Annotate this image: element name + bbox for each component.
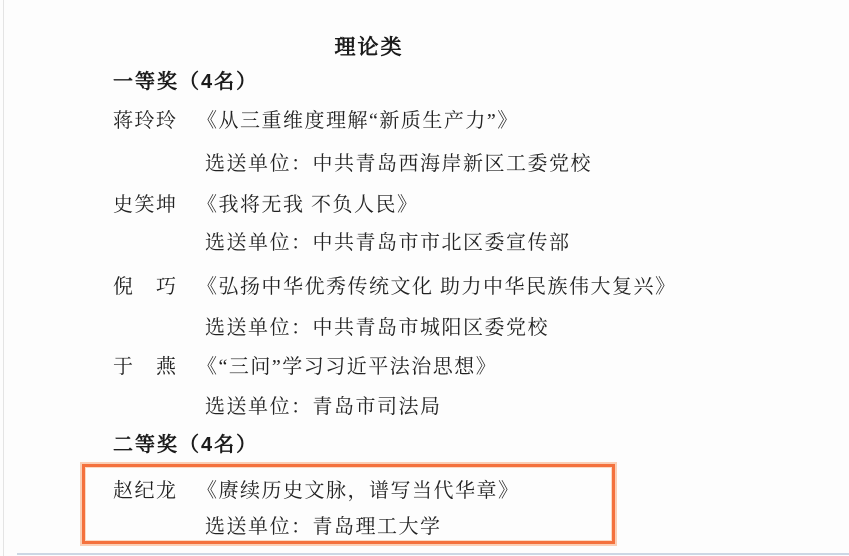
entry-name: 倪 巧 xyxy=(113,275,197,299)
entry-name: 蒋玲玲 xyxy=(113,109,197,133)
org-label: 选送单位： xyxy=(205,232,313,254)
org-value: 中共青岛市市北区委宣传部 xyxy=(313,232,571,254)
org-label: 选送单位： xyxy=(205,396,313,418)
entry-name: 于 燕 xyxy=(113,355,197,379)
page-bottom-border xyxy=(17,553,849,555)
section-heading-first-prize: 一等奖（4名） xyxy=(113,70,258,94)
org-value: 中共青岛市城阳区委党校 xyxy=(313,317,550,339)
entry-org-row: 选送单位：青岛理工大学 xyxy=(205,515,442,539)
entry-row: 于 燕《“三问”学习习近平法治思想》 xyxy=(113,355,497,379)
document-page: 理论类 一等奖（4名） 蒋玲玲《从三重维度理解“新质生产力”》 选送单位：中共青… xyxy=(0,0,849,556)
entry-org-row: 选送单位：青岛市司法局 xyxy=(205,395,442,419)
page-left-border xyxy=(3,0,4,556)
org-label: 选送单位： xyxy=(205,516,313,538)
org-label: 选送单位： xyxy=(205,153,313,175)
org-value: 青岛理工大学 xyxy=(313,516,442,538)
entry-row: 倪 巧《弘扬中华优秀传统文化 助力中华民族伟大复兴》 xyxy=(113,275,677,299)
entry-work-title: 《弘扬中华优秀传统文化 助力中华民族伟大复兴》 xyxy=(197,276,677,298)
category-title: 理论类 xyxy=(113,31,625,61)
org-value: 青岛市司法局 xyxy=(313,396,442,418)
entry-name: 赵纪龙 xyxy=(113,479,197,503)
entry-work-title: 《从三重维度理解“新质生产力”》 xyxy=(197,110,519,132)
entry-row: 蒋玲玲《从三重维度理解“新质生产力”》 xyxy=(113,109,519,133)
org-label: 选送单位： xyxy=(205,317,313,339)
entry-work-title: 《我将无我 不负人民》 xyxy=(197,194,419,216)
entry-name: 史笑坤 xyxy=(113,193,197,217)
entry-org-row: 选送单位：中共青岛西海岸新区工委党校 xyxy=(205,152,592,176)
entry-work-title: 《赓续历史文脉，谱写当代华章》 xyxy=(197,480,520,502)
entry-org-row: 选送单位：中共青岛市城阳区委党校 xyxy=(205,316,549,340)
section-heading-second-prize: 二等奖（4名） xyxy=(113,433,258,457)
entry-row: 史笑坤《我将无我 不负人民》 xyxy=(113,193,419,217)
entry-org-row: 选送单位：中共青岛市市北区委宣传部 xyxy=(205,231,571,255)
org-value: 中共青岛西海岸新区工委党校 xyxy=(313,153,593,175)
entry-row-highlighted: 赵纪龙《赓续历史文脉，谱写当代华章》 xyxy=(113,479,520,503)
entry-work-title: 《“三问”学习习近平法治思想》 xyxy=(197,356,497,378)
